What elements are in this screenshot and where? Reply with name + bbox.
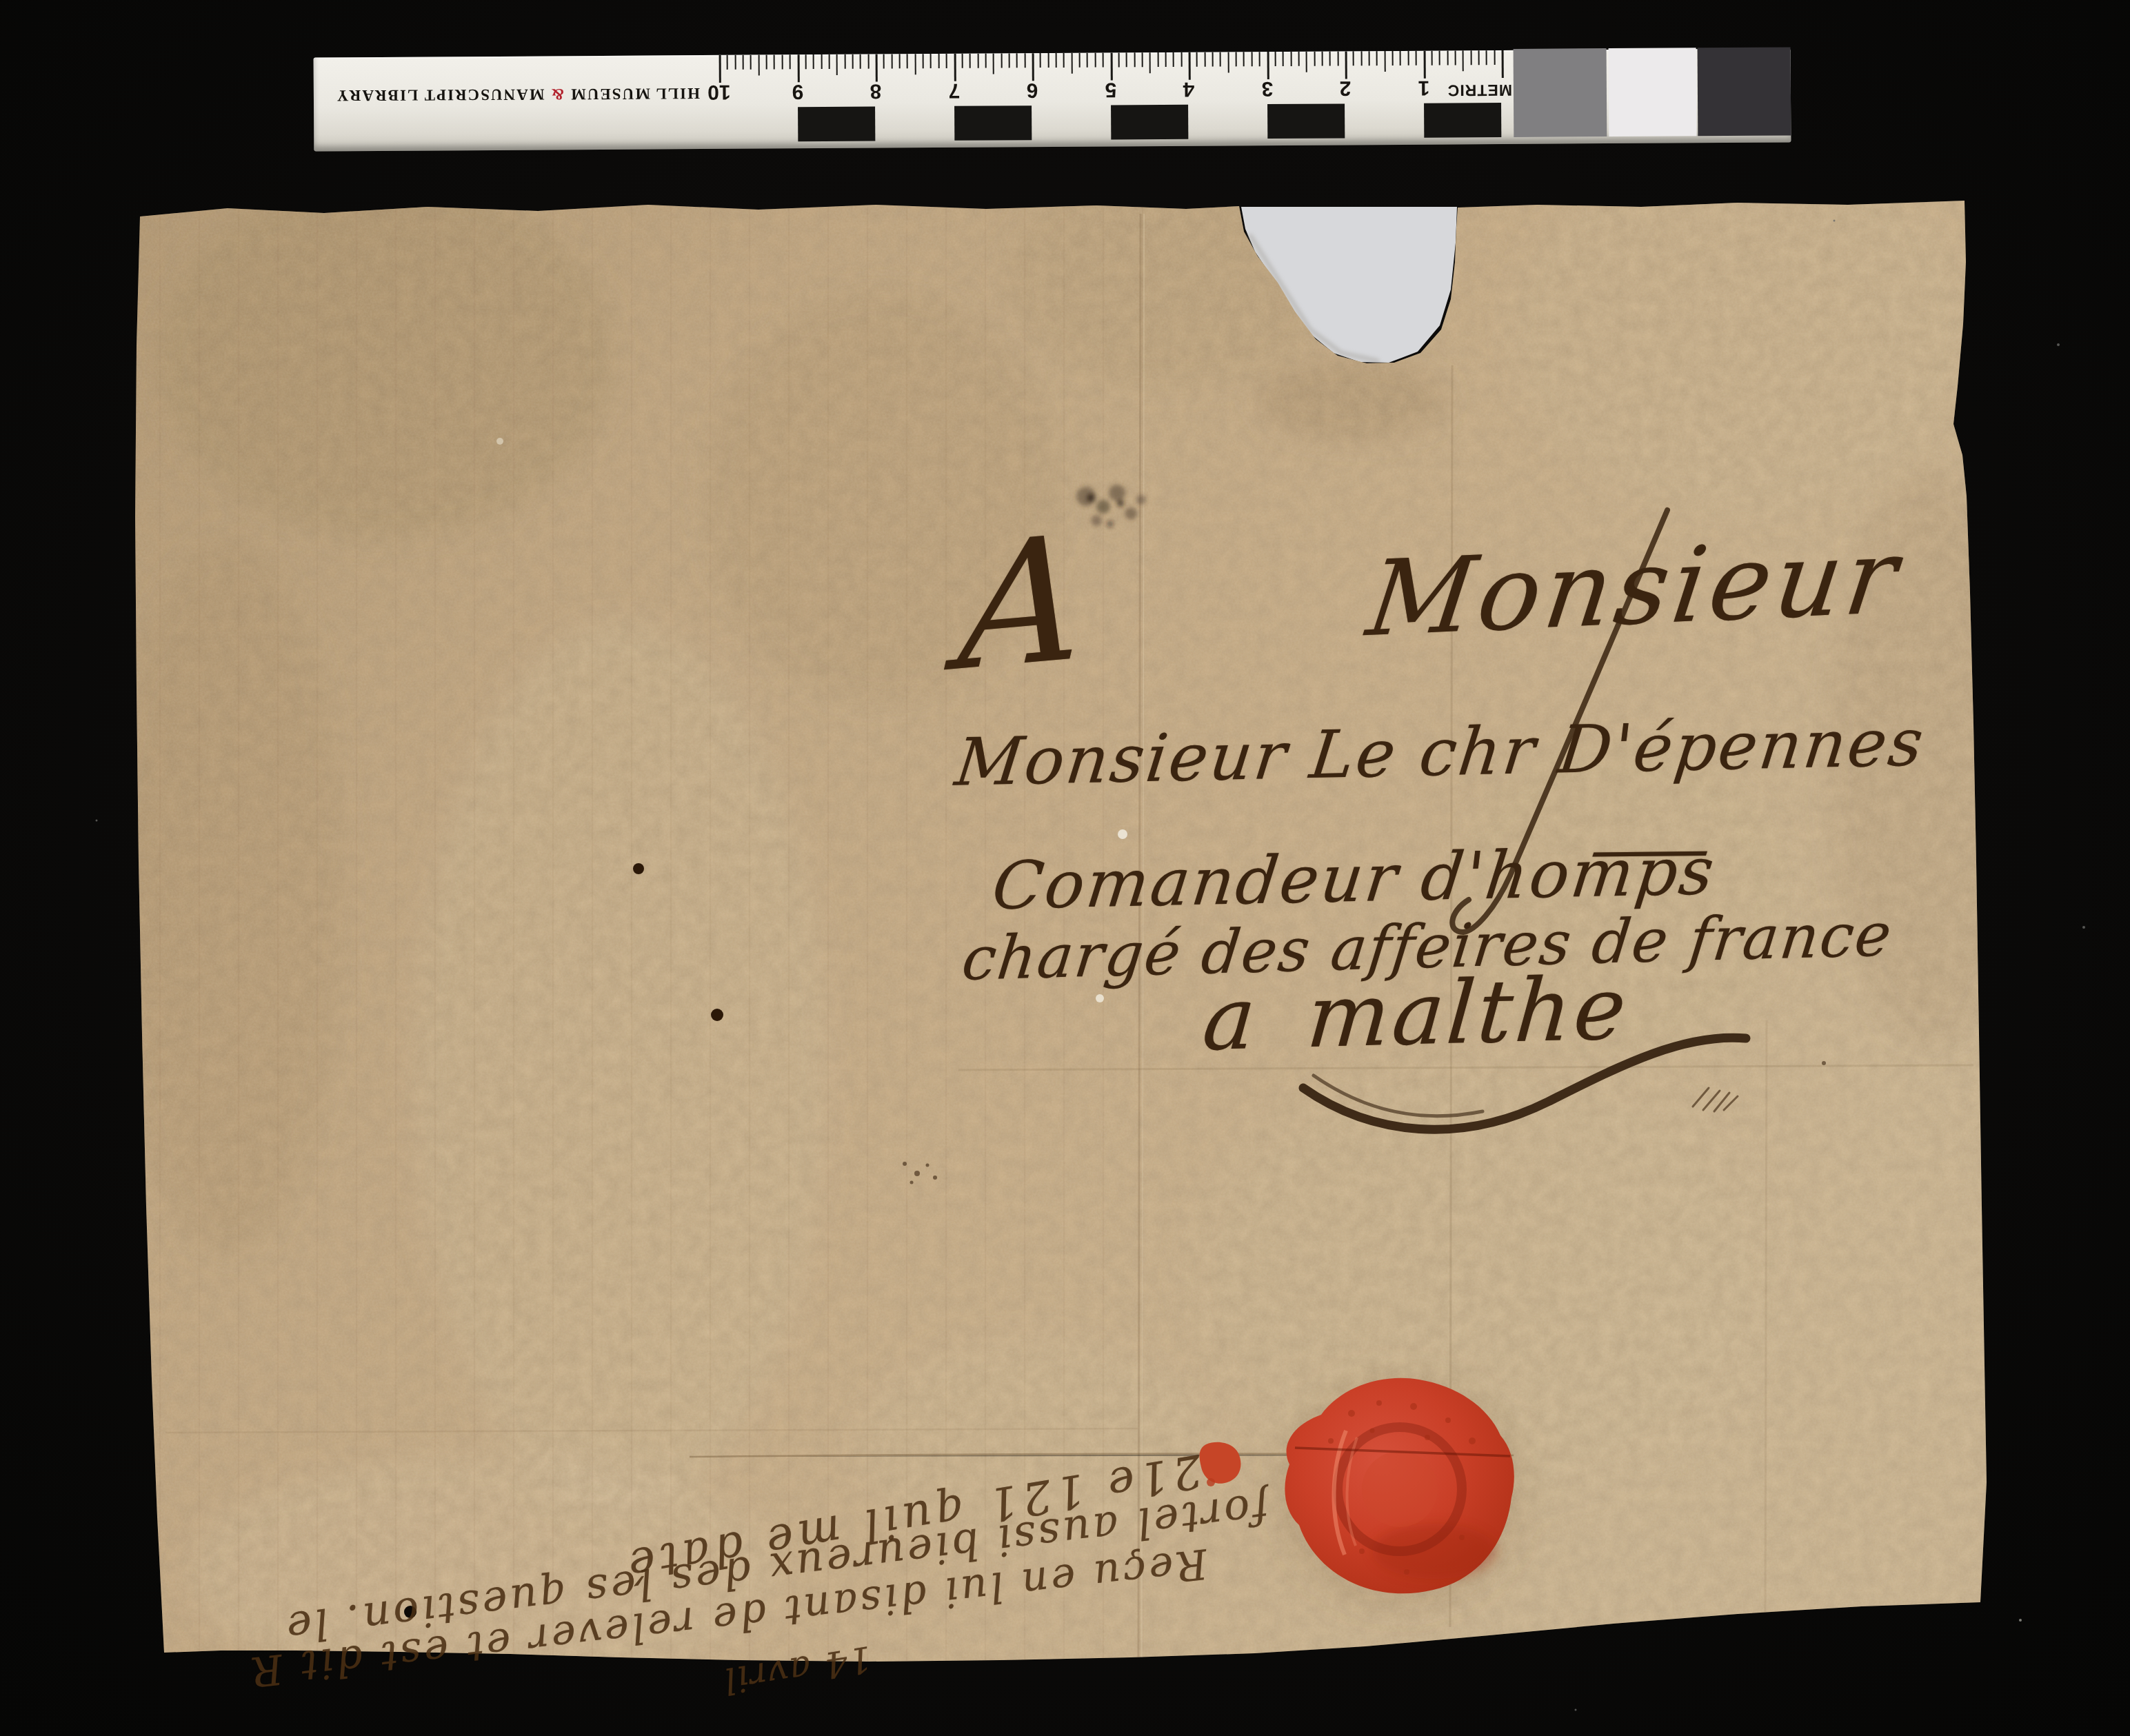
ruler-tick [1494,50,1495,65]
ruler-tick [1087,53,1088,68]
ruler-number: 8 [848,79,903,102]
ruler-tick [1337,51,1338,65]
ruler-tick [969,54,971,68]
ruler-tick [876,54,878,82]
ruler-tick [1251,52,1252,66]
metric-ruler: HILL MUSEUM & MANUSCRIPT LIBRARY METRIC … [314,48,1791,151]
ruler-tick [836,54,838,75]
ruler-tick [930,54,932,68]
ruler-tick [883,54,885,68]
ruler-tick [907,54,908,68]
ruler-white-patch [1609,48,1697,137]
ruler-tick [790,54,791,69]
ruler-tick [1259,52,1260,66]
ruler-tick [719,55,721,83]
ruler-number: 1 [1396,75,1451,99]
ruler-tick [797,54,799,82]
ruler-tick [1322,52,1323,66]
ruler-tick [1243,52,1245,66]
ruler-cm-block [1111,105,1189,140]
ruler-tick [1024,53,1025,68]
ruler-tick [1290,52,1292,66]
ruler-number: 4 [1161,77,1216,101]
ruler-tick [1126,52,1127,67]
ruler-tick [1173,52,1174,67]
ruler-tick [961,54,963,68]
ruler-tick [985,54,986,68]
ruler-tick [1329,52,1331,66]
ruler-cm-block [1424,103,1502,138]
photo-canvas: HILL MUSEUM & MANUSCRIPT LIBRARY METRIC … [0,0,2130,1736]
ruler-tick [1056,53,1057,68]
ruler-tick [1149,52,1151,73]
ruler-tick [1298,52,1299,66]
ruler-tick [1118,52,1119,67]
ruler-tick [1040,53,1041,68]
ruler-tick [993,54,994,74]
ruler-number: 10 [692,80,747,103]
ruler-tick [844,54,845,69]
ruler-cm-block [954,105,1032,141]
ruler-tick [1204,52,1205,67]
ruler-tick [1016,53,1018,68]
ruler-tick [1180,52,1182,67]
ruler-number: 2 [1318,76,1373,99]
ruler-tick [1353,51,1354,65]
ruler-tick [977,54,978,68]
ruler-tick [1470,50,1471,65]
ruler-tick [1220,52,1221,67]
ruler-tick [1189,52,1191,80]
ruler-tick [1032,53,1034,81]
address-line5: a malthe [1200,965,1631,1063]
address-line1-prefix: A [956,512,1088,696]
ruler-brand: HILL MUSEUM & MANUSCRIPT LIBRARY [392,84,700,104]
ruler-tick [1369,51,1370,65]
ruler-tick [1439,51,1440,65]
ruler-tick [1454,50,1456,65]
ruler-tick [1063,53,1065,68]
ruler-tick [1001,53,1002,68]
ruler-tick [914,54,916,74]
ruler-black-patch [1698,47,1791,136]
ruler-tick [1110,52,1112,80]
ruler-tick [750,55,752,70]
ruler-tick [891,54,892,68]
ruler-gray-patch [1514,48,1607,137]
ruler-tick [1486,50,1487,65]
ruler-tick [899,54,901,68]
ruler-cm-block [798,107,876,142]
ruler-tick [1165,52,1167,67]
ruler-tick [860,54,861,69]
ruler-tick [1431,51,1432,65]
ruler-tick [1071,53,1072,74]
ruler-tick [766,55,767,70]
ruler-tick [1047,53,1049,68]
ruler-tick [1227,52,1229,72]
ruler-cm-block [1267,103,1345,139]
ruler-tick [1196,52,1198,67]
ruler-tick [1423,51,1425,79]
ruler-number: 7 [926,79,981,102]
ruler-tick [821,54,822,69]
ruler-tick [1314,52,1315,66]
ruler-tick [1478,50,1480,65]
address-line3-dash: — [1587,816,1714,883]
ruler-number: 3 [1239,77,1294,100]
ruler-tick [1463,50,1464,71]
ruler-tick [946,54,947,68]
ruler-tick [1274,52,1276,66]
ruler-tick [727,55,728,70]
ruler-tick [1502,50,1504,78]
ruler-tick [1267,52,1269,79]
ruler-tick [1384,51,1385,72]
ruler-tick [743,55,744,70]
ruler-tick [1157,52,1158,67]
ruler-tick [734,55,736,70]
ruler-tick [1212,52,1214,67]
ruler-tick [758,55,759,76]
ruler-tick [938,54,939,68]
address-line2: Monsieur Le chr D'épennes [952,710,1928,796]
ruler-tick [1392,51,1394,65]
ruler-tick [867,54,869,69]
ruler-tick [1009,53,1010,68]
ruler-tick [813,54,814,69]
ruler-brand-right: MANUSCRIPT LIBRARY [336,85,545,104]
ruler-tick [1376,51,1378,65]
ruler-tick [1103,53,1104,68]
ruler-tick [1400,51,1401,65]
ruler-tick [1134,52,1135,67]
ruler-number: 6 [1005,78,1060,101]
ruler-tick [954,54,956,81]
ruler-tick [1079,53,1081,68]
ruler-tick [1447,50,1448,65]
ruler-tick [1306,52,1307,72]
ruler-brand-ampersand: & [550,85,564,103]
ruler-tick [774,54,775,69]
ruler-tick [1141,52,1143,67]
ruler-tick [1407,51,1409,65]
ruler-tick [1283,52,1284,66]
ruler-tick [852,54,854,69]
ruler-tick [1416,51,1417,65]
ruler-tick [923,54,924,68]
address-line1-name: Monsieur [1362,525,1907,652]
ruler-number: 5 [1083,77,1138,101]
ruler-tick [1360,51,1362,65]
ruler-tick [781,54,783,69]
ruler-tick [828,54,830,69]
ruler-tick [1094,53,1096,68]
ruler-brand-left: HILL MUSEUM [570,85,700,103]
ruler-tick [805,54,806,69]
ruler-number: 9 [770,79,825,103]
ruler-tick [1345,51,1347,79]
ruler-tick [1236,52,1237,66]
